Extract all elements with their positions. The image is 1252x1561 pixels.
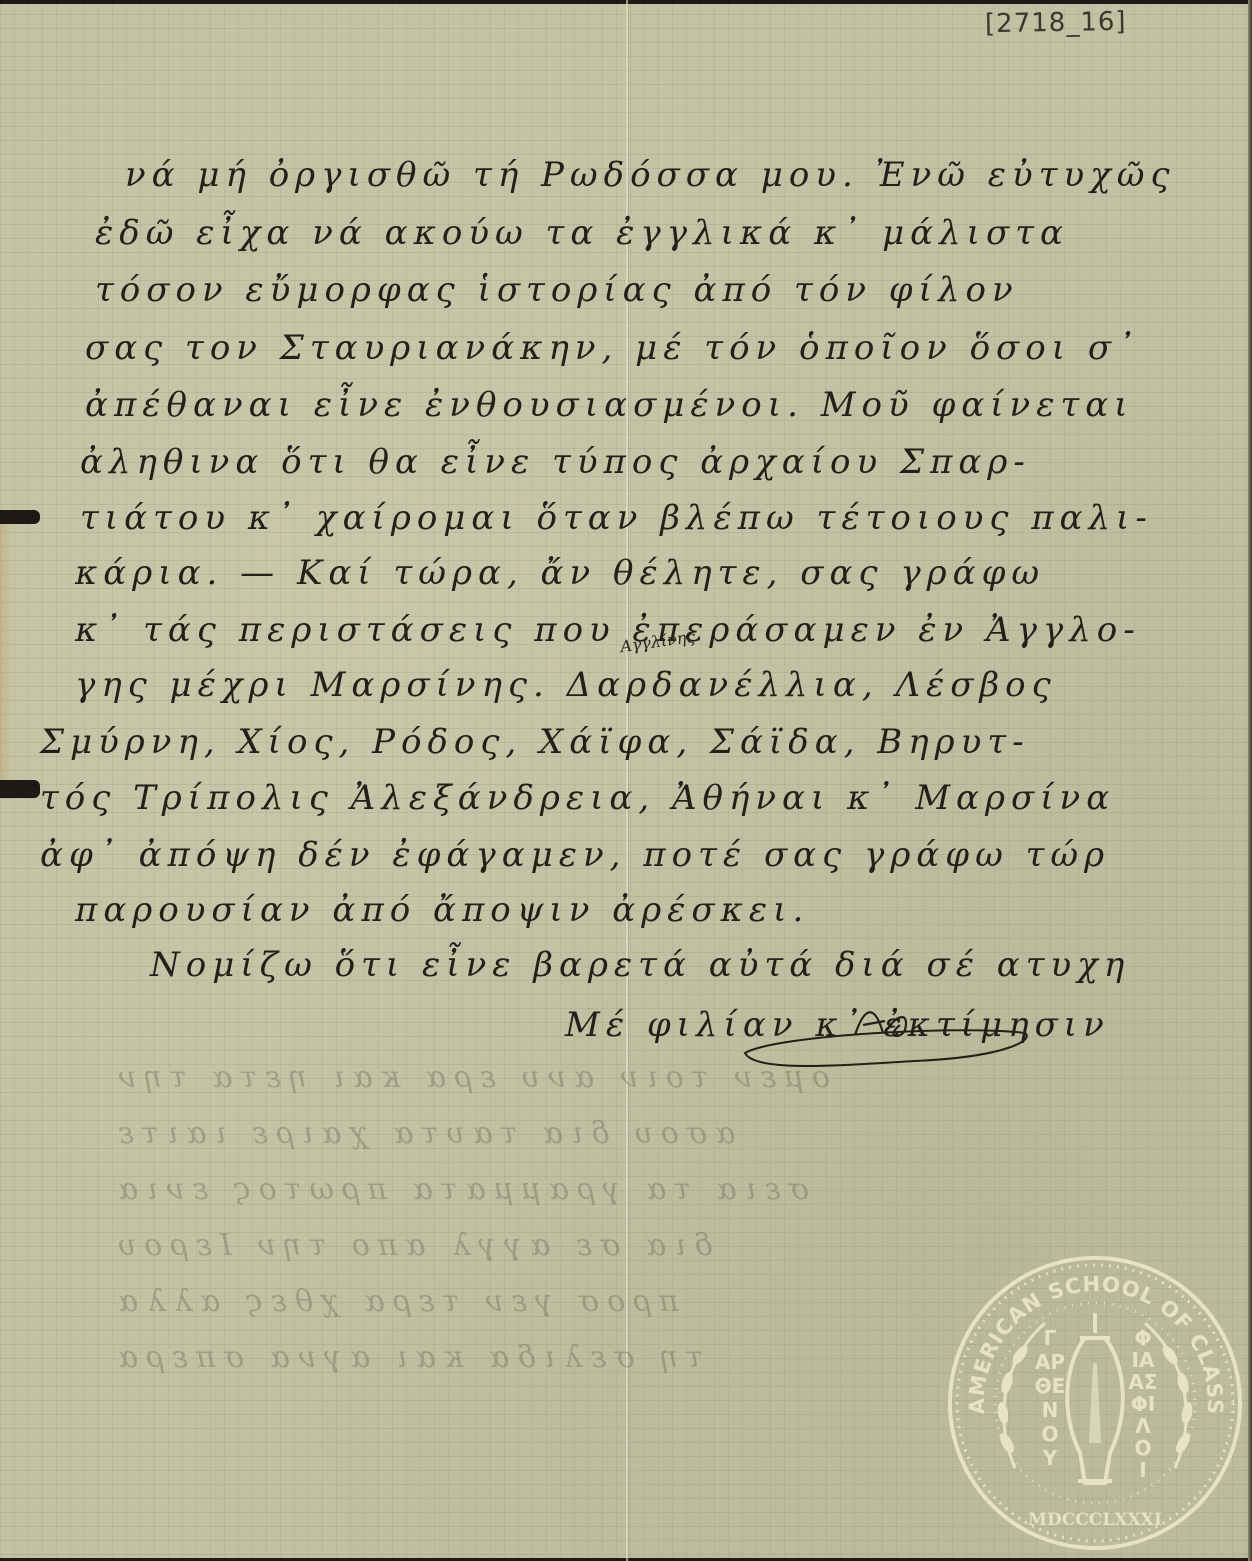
seal-letter: Ν [1042, 1398, 1059, 1422]
seal-letter: Ι [1139, 1458, 1146, 1482]
seal-letter: ΙΑ [1132, 1348, 1155, 1372]
seal-letter: ΘΕ [1035, 1374, 1066, 1398]
seal-letter: Γ [1044, 1326, 1057, 1350]
handwritten-line: ἐδῶ εἶχα νά ακούω τα ἐγγλικά κ᾽ μάλιστα [95, 213, 1069, 253]
seal-letter: ΑΡ [1035, 1350, 1065, 1374]
signature-flourish-icon [735, 995, 1035, 1075]
seal-letter: Ο [1041, 1422, 1058, 1446]
seal-letter: ΑΣ [1128, 1370, 1157, 1394]
institution-seal: AMERICAN SCHOOL OF CLASSICAL STUDIES AT … [945, 1253, 1245, 1553]
seal-letter: Λ [1135, 1414, 1151, 1438]
seal-letter: ΦΙ [1131, 1392, 1155, 1416]
handwritten-line: κάρια. — Καί τώρα, ἄν θέλητε, σας γράφω [75, 553, 1045, 593]
handwritten-line: τιάτου κ᾽ χαίρομαι ὅταν βλέπω τέτοιους π… [80, 498, 1153, 538]
bleed-through-line: τη σελιδα και αγνα σπερα [110, 1340, 703, 1375]
handwritten-line: σας τον Σταυριανάκην, μέ τόν ὁποῖον ὅσοι… [85, 328, 1140, 368]
paper-tear [0, 510, 40, 524]
bleed-through-line: ασου δια ταυτα χαιρε ιαιτε [110, 1116, 736, 1151]
seal-emblem-icon: AMERICAN SCHOOL OF CLASSICAL STUDIES AT … [945, 1253, 1245, 1553]
paper-stain [0, 520, 12, 780]
letter-page: [2718_16] ομεν τοιν ανυ ερα και ηετα την… [0, 0, 1252, 1561]
handwritten-line: ἀληθινα ὅτι θα εἶνε τύπος ἀρχαίου Σπαρ- [80, 442, 1031, 482]
svg-text:MDCCCLXXXI: MDCCCLXXXI [1028, 1510, 1162, 1530]
bleed-through-line: σεια τα γραμματα πρωτος ενια [110, 1172, 809, 1207]
scan-right-edge [1248, 0, 1252, 1561]
handwritten-line: ἀφ᾽ ἀπόψη δέν ἐφάγαμεν, ποτέ σας γράφω τ… [40, 835, 1110, 875]
handwritten-line: ἀπέθαναι εἶνε ἐνθουσιασμένοι. Μοῦ φαίνετ… [85, 385, 1134, 425]
bleed-through-line: ομεν τοιν ανυ ερα και ηετα την [110, 1060, 830, 1095]
bleed-through-line: προσ γεν τερα χθες αλλα [110, 1284, 679, 1319]
handwritten-line: τόσον εὔμορφας ἱστορίας ἀπό τόν φίλον [95, 270, 1019, 310]
signature [735, 995, 1035, 1075]
handwritten-line: νά μή ὀργισθῶ τή Ρωδόσσα μου. Ἐνῶ εὐτυχῶ… [125, 155, 1176, 195]
paper-tear [0, 780, 40, 798]
handwritten-line: Νομίζω ὅτι εἶνε βαρετά αὐτά διά σέ ατυχη [150, 945, 1130, 985]
archive-reference-number: [2718_16] [985, 7, 1127, 39]
bleed-through-line: δια σε αγγλ απο την Ιερου [110, 1228, 712, 1263]
handwritten-line: παρουσίαν ἀπό ἄποψιν ἀρέσκει. [75, 890, 809, 930]
seal-letter: Υ [1042, 1446, 1058, 1470]
handwritten-line: κ᾽ τάς περιστάσεις που ἐπεράσαμεν ἐν Ἀγγ… [75, 610, 1141, 650]
seal-letter: Ο [1134, 1436, 1151, 1460]
handwritten-line: Σμύρνη, Χίος, Ρόδος, Χάϊφα, Σάϊδα, Βηρυτ… [40, 722, 1030, 762]
seal-letter: Φ [1134, 1326, 1151, 1350]
handwritten-line: τός Τρίπολις Ἀλεξάνδρεια, Ἀθήναι κ᾽ Μαρσ… [40, 778, 1115, 818]
handwritten-line: γης μέχρι Μαρσίνης. Δαρδανέλλια, Λέσβος [75, 665, 1057, 705]
